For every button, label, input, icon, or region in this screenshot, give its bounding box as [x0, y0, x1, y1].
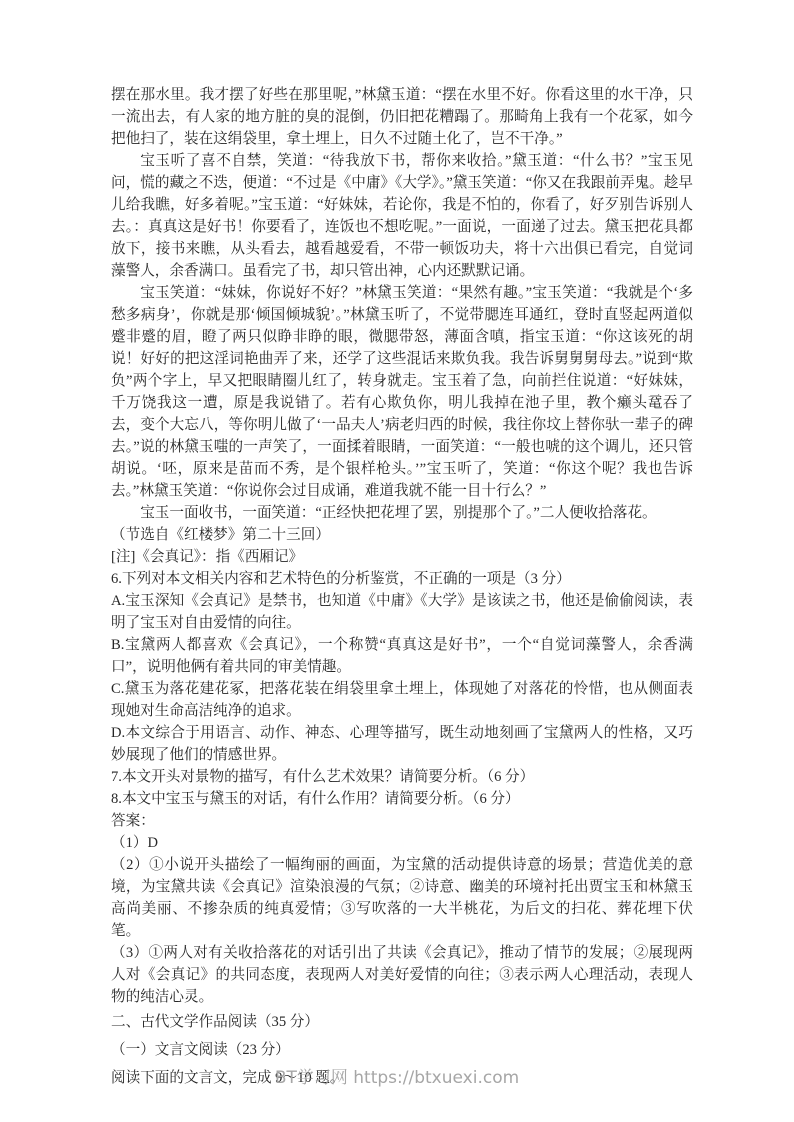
answer-3: （3）①两人对有关收拾落花的对话引出了共读《会真记》，推动了情节的发展；②展现两…: [111, 942, 693, 1008]
question-6-option-d: D.本文综合于用语言、动作、神态、心理等描写，既生动地刻画了宝黛两人的性格，又巧…: [111, 722, 693, 766]
answer-2: （2）①小说开头描绘了一幅绚丽的画面，为宝黛的活动提供诗意的场景；营造优美的意境…: [111, 854, 693, 942]
question-8: 8.本文中宝玉与黛玉的对话，有什么作用？请简要分析。（6 分）: [111, 788, 693, 810]
section-heading-2-1: （一）文言文阅读（23 分）: [111, 1039, 693, 1061]
exam-document-page: 摆在那水里。我才摆了好些在那里呢，”林黛玉道：“摆在水里不好。你看这里的水干净，…: [0, 0, 794, 1122]
watermark-site-url: BT学习网 https://btxuexi.com: [275, 1068, 519, 1088]
passage-note: [注]《会真记》：指《西厢记》: [111, 546, 693, 568]
passage-paragraph-1: 摆在那水里。我才摆了好些在那里呢，”林黛玉道：“摆在水里不好。你看这里的水干净，…: [111, 84, 693, 150]
question-6-option-c: C.黛玉为落花建花冢，把落花装在绢袋里拿土埋上，体现她了对落花的怜惜，也从侧面表…: [111, 678, 693, 722]
document-content: 摆在那水里。我才摆了好些在那里呢，”林黛玉道：“摆在水里不好。你看这里的水干净，…: [111, 84, 693, 1089]
answers-label: 答案：: [111, 810, 693, 832]
watermark-footer: BT学习网 https://btxuexi.com: [0, 1063, 794, 1088]
question-6-option-b: B.宝黛两人都喜欢《会真记》，一个称赞“真真这是好书”，一个“自觉词藻警人，余香…: [111, 634, 693, 678]
answer-1: （1）D: [111, 832, 693, 854]
section-heading-2: 二、古代文学作品阅读（35 分）: [111, 1011, 693, 1033]
passage-source-attribution: （节选自《红楼梦》第二十三回）: [111, 524, 693, 546]
question-6: 6.下列对本文相关内容和艺术特色的分析鉴赏，不正确的一项是（3 分）: [111, 568, 693, 590]
passage-paragraph-2: 宝玉听了喜不自禁，笑道：“待我放下书，帮你来收拾。”黛玉道：“什么书？”宝玉见问…: [111, 150, 693, 282]
passage-paragraph-3: 宝玉笑道：“妹妹，你说好不好？”林黛玉笑道：“果然有趣。”宝玉笑道：“我就是个‘…: [111, 282, 693, 502]
passage-paragraph-4: 宝玉一面收书，一面笑道：“正经快把花埋了罢，别提那个了。”二人便收拾落花。: [111, 502, 693, 524]
question-7: 7.本文开头对景物的描写，有什么艺术效果？请简要分析。（6 分）: [111, 766, 693, 788]
question-6-option-a: A.宝玉深知《会真记》是禁书，也知道《中庸》《大学》是该读之书，他还是偷偷阅读，…: [111, 590, 693, 634]
